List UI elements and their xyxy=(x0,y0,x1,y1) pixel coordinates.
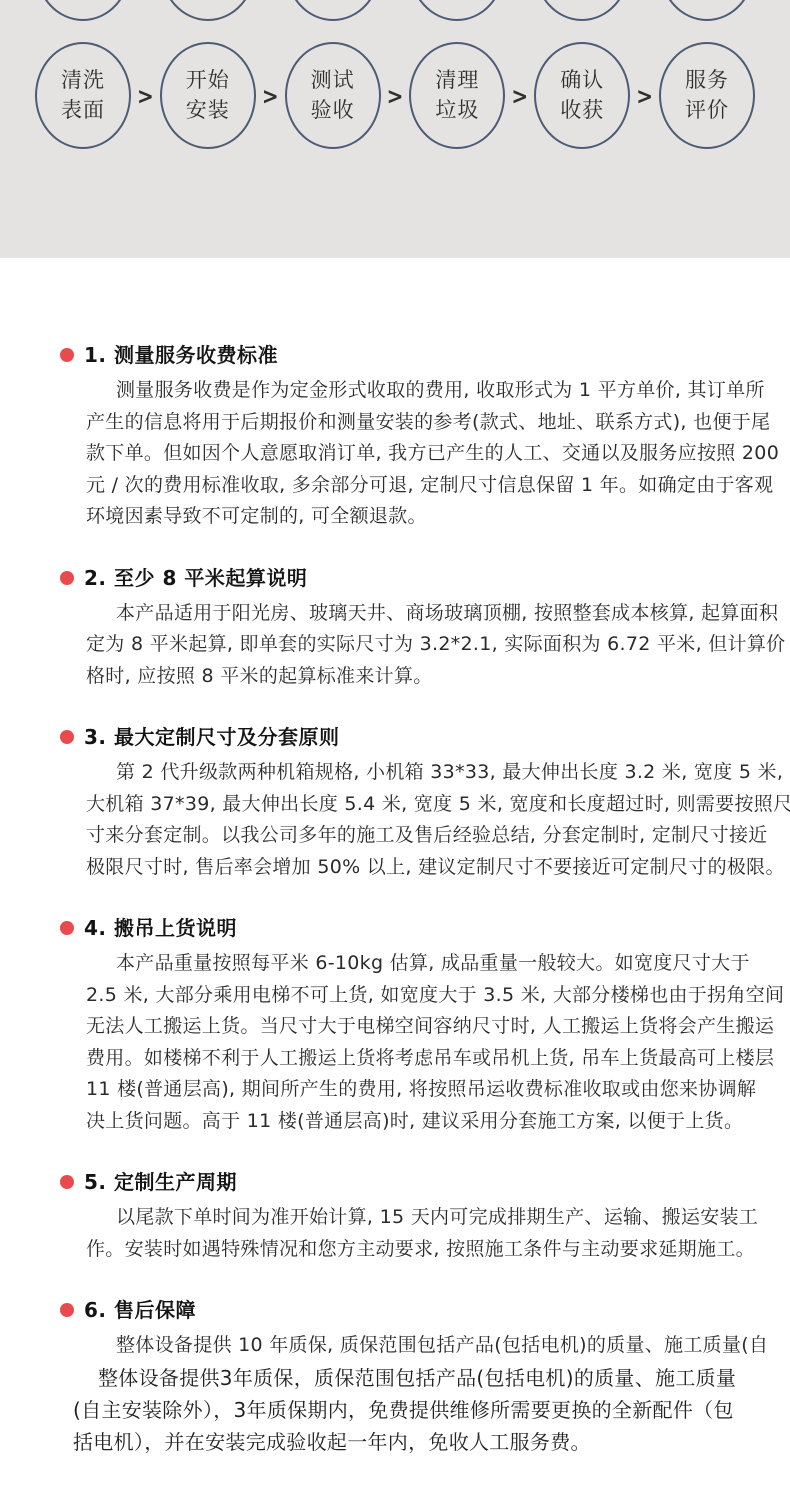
process-steps-row-partial: 清洗表面>开始安装>测试验收>清理垃圾>确认收获>服务评价 xyxy=(0,0,790,21)
section-body: 以尾款下单时间为准开始计算, 15 天内可完成排期生产、运输、搬运安装工作。安装… xyxy=(0,1202,790,1265)
section-header: 2. 至少 8 平米起算说明 xyxy=(0,566,790,590)
red-dot-icon xyxy=(60,1175,74,1189)
section-header: 6. 售后保障 xyxy=(0,1298,790,1322)
step-label-line1: 服务 xyxy=(685,67,729,94)
body-text-line: 费用。如楼梯不利于人工搬运上货将考虑吊车或吊机上货, 吊车上货最高可上楼层 xyxy=(86,1043,790,1075)
step-arrow-separator: > xyxy=(262,82,279,110)
step-label-line1: 测试 xyxy=(311,67,355,94)
section-header: 1. 测量服务收费标准 xyxy=(0,343,790,367)
process-step-circle: 清理垃圾 xyxy=(409,42,505,149)
process-step-circle: 服务评价 xyxy=(659,0,755,21)
step-label-line1: 清理 xyxy=(435,67,479,94)
step-arrow-separator: > xyxy=(137,82,154,110)
section-body: 测量服务收费是作为定金形式收取的费用, 收取形式为 1 平方单价, 其订单所产生… xyxy=(0,375,790,533)
section-header: 4. 搬吊上货说明 xyxy=(0,916,790,940)
section-body: 第 2 代升级款两种机箱规格, 小机箱 33*33, 最大伸出长度 3.2 米,… xyxy=(0,757,790,883)
process-steps-row: 清洗表面>开始安装>测试验收>清理垃圾>确认收获>服务评价 xyxy=(0,42,790,149)
step-label-line2: 收获 xyxy=(560,97,604,124)
policy-section: 4. 搬吊上货说明本产品重量按照每平米 6-10kg 估算, 成品重量一般较大。… xyxy=(0,916,790,1137)
section-title: 5. 定制生产周期 xyxy=(84,1170,237,1194)
process-step-circle: 确认收获 xyxy=(534,42,630,149)
red-dot-icon xyxy=(60,348,74,362)
section-title: 1. 测量服务收费标准 xyxy=(84,343,278,367)
step-arrow-separator: > xyxy=(636,82,653,110)
step-label-line1: 确认 xyxy=(560,67,604,94)
section-header: 5. 定制生产周期 xyxy=(0,1170,790,1194)
policy-section: 6. 售后保障整体设备提供 10 年质保, 质保范围包括产品(包括电机)的质量、… xyxy=(0,1298,790,1458)
step-label-line2: 表面 xyxy=(61,97,105,124)
process-step-circle: 测试验收 xyxy=(285,0,381,21)
process-step-circle: 确认收获 xyxy=(534,0,630,21)
section-header: 3. 最大定制尺寸及分套原则 xyxy=(0,725,790,749)
body-text-line: 测量服务收费是作为定金形式收取的费用, 收取形式为 1 平方单价, 其订单所 xyxy=(86,375,790,407)
process-step-circle: 开始安装 xyxy=(160,0,256,21)
step-arrow-separator: > xyxy=(387,82,404,110)
body-text-line: 定为 8 平米起算, 即单套的实际尺寸为 3.2*2.1, 实际面积为 6.72… xyxy=(86,629,790,661)
body-text-line: 第 2 代升级款两种机箱规格, 小机箱 33*33, 最大伸出长度 3.2 米,… xyxy=(86,757,790,789)
process-step-circle: 清理垃圾 xyxy=(409,0,505,21)
process-step-circle: 服务评价 xyxy=(659,42,755,149)
step-label-line1: 开始 xyxy=(186,67,230,94)
section-title: 3. 最大定制尺寸及分套原则 xyxy=(84,725,339,749)
body-text-line: 决上货问题。高于 11 楼(普通层高)时, 建议采用分套施工方案, 以便于上货。 xyxy=(86,1106,790,1138)
step-label-line2: 安装 xyxy=(186,97,230,124)
body-text-line: 2.5 米, 大部分乘用电梯不可上货, 如宽度大于 3.5 米, 大部分楼梯也由… xyxy=(86,980,790,1012)
overlay-text-block: 整体设备提供3年质保，质保范围包括产品(包括电机)的质量、施工质量(自主安装除外… xyxy=(73,1362,790,1458)
section-title: 4. 搬吊上货说明 xyxy=(84,916,237,940)
red-dot-icon xyxy=(60,571,74,585)
policy-section: 2. 至少 8 平米起算说明本产品适用于阳光房、玻璃天井、商场玻璃顶棚, 按照整… xyxy=(0,566,790,693)
red-dot-icon xyxy=(60,921,74,935)
body-text-line: 整体设备提供 10 年质保, 质保范围包括产品(包括电机)的质量、施工质量(自 xyxy=(86,1330,790,1362)
red-dot-icon xyxy=(60,1303,74,1317)
body-text-line: 无法人工搬运上货。当尺寸大于电梯空间容纳尺寸时, 人工搬运上货将会产生搬运 xyxy=(86,1011,790,1043)
step-label-line1: 清洗 xyxy=(61,67,105,94)
body-text-line: 元 / 次的费用标准收取, 多余部分可退, 定制尺寸信息保留 1 年。如确定由于… xyxy=(86,470,790,502)
body-text-line: 产生的信息将用于后期报价和测量安装的参考(款式、地址、联系方式), 也便于尾 xyxy=(86,407,790,439)
policy-section: 3. 最大定制尺寸及分套原则第 2 代升级款两种机箱规格, 小机箱 33*33,… xyxy=(0,725,790,883)
policy-sections: 1. 测量服务收费标准测量服务收费是作为定金形式收取的费用, 收取形式为 1 平… xyxy=(0,258,790,1458)
body-text-line: 款下单。但如因个人意愿取消订单, 我方已产生的人工、交通以及服务应按照 200 xyxy=(86,438,790,470)
body-text-line: 大机箱 37*39, 最大伸出长度 5.4 米, 宽度 5 米, 宽度和长度超过… xyxy=(86,789,790,821)
body-text-line: 格时, 应按照 8 平米的起算标准来计算。 xyxy=(86,661,790,693)
body-text-line: 环境因素导致不可定制的, 可全额退款。 xyxy=(86,501,790,533)
policy-section: 1. 测量服务收费标准测量服务收费是作为定金形式收取的费用, 收取形式为 1 平… xyxy=(0,343,790,533)
body-text-line: 本产品重量按照每平米 6-10kg 估算, 成品重量一般较大。如宽度尺寸大于 xyxy=(86,948,790,980)
step-label-line2: 评价 xyxy=(685,97,729,124)
body-text-line: 11 楼(普通层高), 期间所产生的费用, 将按照吊运收费标准收取或由您来协调解 xyxy=(86,1074,790,1106)
product-service-page: { "process": { "separator": ">", "steps"… xyxy=(0,0,790,1505)
body-text-line: 括电机），并在安装完成验收起一年内，免收人工服务费。 xyxy=(73,1426,790,1458)
process-step-circle: 清洗表面 xyxy=(35,42,131,149)
red-dot-icon xyxy=(60,730,74,744)
step-label-line2: 垃圾 xyxy=(435,97,479,124)
section-body: 本产品重量按照每平米 6-10kg 估算, 成品重量一般较大。如宽度尺寸大于2.… xyxy=(0,948,790,1137)
body-text-line: 本产品适用于阳光房、玻璃天井、商场玻璃顶棚, 按照整套成本核算, 起算面积 xyxy=(86,598,790,630)
body-text-line: 寸来分套定制。以我公司多年的施工及售后经验总结, 分套定制时, 定制尺寸接近 xyxy=(86,820,790,852)
section-title: 2. 至少 8 平米起算说明 xyxy=(84,566,307,590)
process-step-circle: 测试验收 xyxy=(285,42,381,149)
process-step-circle: 清洗表面 xyxy=(35,0,131,21)
step-arrow-separator: > xyxy=(511,82,528,110)
section-body: 本产品适用于阳光房、玻璃天井、商场玻璃顶棚, 按照整套成本核算, 起算面积定为 … xyxy=(0,598,790,693)
section-body: 整体设备提供 10 年质保, 质保范围包括产品(包括电机)的质量、施工质量(自整… xyxy=(0,1330,790,1458)
body-text-line: 极限尺寸时, 售后率会增加 50% 以上, 建议定制尺寸不要接近可定制尺寸的极限… xyxy=(86,852,790,884)
process-step-circle: 开始安装 xyxy=(160,42,256,149)
step-label-line2: 验收 xyxy=(311,97,355,124)
body-text-line: 整体设备提供3年质保，质保范围包括产品(包括电机)的质量、施工质量 xyxy=(73,1362,790,1394)
body-text-line: 作。安装时如遇特殊情况和您方主动要求, 按照施工条件与主动要求延期施工。 xyxy=(86,1234,790,1266)
service-process-banner: 清洗表面>开始安装>测试验收>清理垃圾>确认收获>服务评价 清洗表面>开始安装>… xyxy=(0,0,790,258)
body-text-line: 以尾款下单时间为准开始计算, 15 天内可完成排期生产、运输、搬运安装工 xyxy=(86,1202,790,1234)
body-text-line: (自主安装除外），3年质保期内，免费提供维修所需要更换的全新配件（包 xyxy=(73,1394,790,1426)
section-title: 6. 售后保障 xyxy=(84,1298,196,1322)
policy-section: 5. 定制生产周期以尾款下单时间为准开始计算, 15 天内可完成排期生产、运输、… xyxy=(0,1170,790,1265)
